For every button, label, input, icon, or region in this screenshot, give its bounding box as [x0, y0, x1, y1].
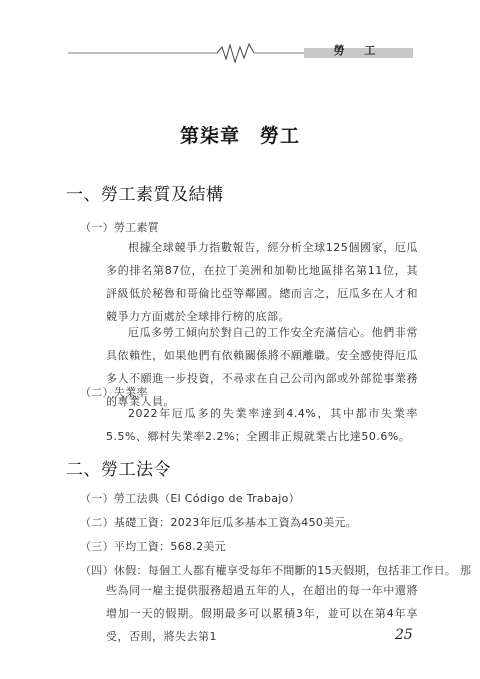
law-item-2: （二）基礎工資：2023年厄瓜多基本工資為450美元。 — [80, 514, 357, 530]
law-item-1: （一）勞工法典（El Código de Trabajo） — [80, 490, 300, 506]
paragraph-unemployment: 2022年厄瓜多的失業率達到4.4%，其中都市失業率5.5%、鄉村失業率2.2%… — [106, 402, 418, 448]
running-header: 勞 工 — [0, 0, 480, 70]
section-title-1: 一、勞工素質及結構 — [66, 180, 224, 205]
running-title: 勞 工 — [304, 44, 413, 58]
law-item-4-continuation: 些為同一雇主提供服務超過五年的人，在超出的每一年中還將增加一天的假期。假期最多可… — [106, 579, 418, 648]
subsection-label-1-1: （一）勞工素質 — [80, 219, 159, 235]
page-number: 25 — [395, 627, 413, 643]
chapter-title: 第柒章 勞工 — [0, 121, 480, 148]
law-item-3: （三）平均工資：568.2美元 — [80, 538, 226, 554]
subsection-label-1-2: （二）失業率 — [80, 384, 148, 400]
paragraph-labor-quality-2: 厄瓜多勞工傾向於對自己的工作安全充滿信心。他們非常具依賴性，如果他們有依賴關係將… — [106, 321, 418, 413]
section-title-2: 二、勞工法令 — [66, 455, 171, 480]
law-item-4: （四）休假：每個工人都有權享受每年不間斷的15天假期，包括非工作日。 那 — [80, 562, 471, 578]
header-rule-zigzag-icon — [0, 0, 480, 70]
paragraph-labor-quality-1: 根據全球競爭力指數報告，經分析全球125個國家，厄瓜多的排名第87位，在拉丁美洲… — [106, 236, 418, 328]
